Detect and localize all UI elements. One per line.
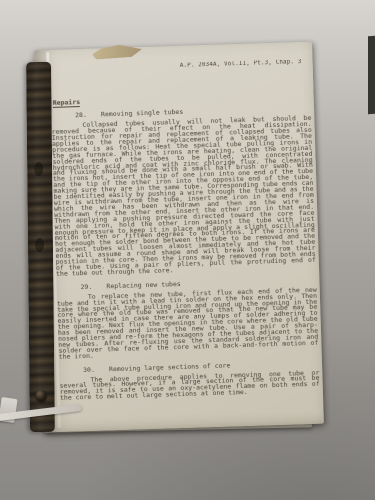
document-page: A.P. 2034A, Vol.II, Pt.3, Chap. 3 Repair… bbox=[34, 42, 324, 433]
binding-strip bbox=[26, 62, 55, 432]
section-29-number: 29. bbox=[80, 284, 102, 291]
section-28-number: 28. bbox=[75, 113, 97, 120]
section-28-body: Collapsed tubes usually will not leak bu… bbox=[51, 116, 316, 278]
page-header-reference: A.P. 2034A, Vol.II, Pt.3, Chap. 3 bbox=[50, 60, 302, 74]
binding-texture-knob bbox=[34, 162, 43, 176]
repairs-heading: Repairs bbox=[53, 100, 81, 108]
section-29-title: Replacing new tubes bbox=[106, 280, 181, 290]
section-28-title: Removing single tubes bbox=[101, 108, 183, 119]
page-content: A.P. 2034A, Vol.II, Pt.3, Chap. 3 Repair… bbox=[49, 48, 320, 426]
section-29-body: To replace the new tube, first flux each… bbox=[57, 287, 319, 360]
photo-background: A.P. 2034A, Vol.II, Pt.3, Chap. 3 Repair… bbox=[0, 0, 375, 500]
binding-texture-knob bbox=[35, 238, 44, 252]
section-30-number: 30. bbox=[83, 367, 105, 374]
section-30-body: The above procedure applies to removing … bbox=[59, 370, 320, 402]
photo-edge-object bbox=[368, 36, 375, 114]
repairs-heading-row: Repairs bbox=[53, 93, 311, 109]
binder-fastener bbox=[35, 390, 46, 402]
